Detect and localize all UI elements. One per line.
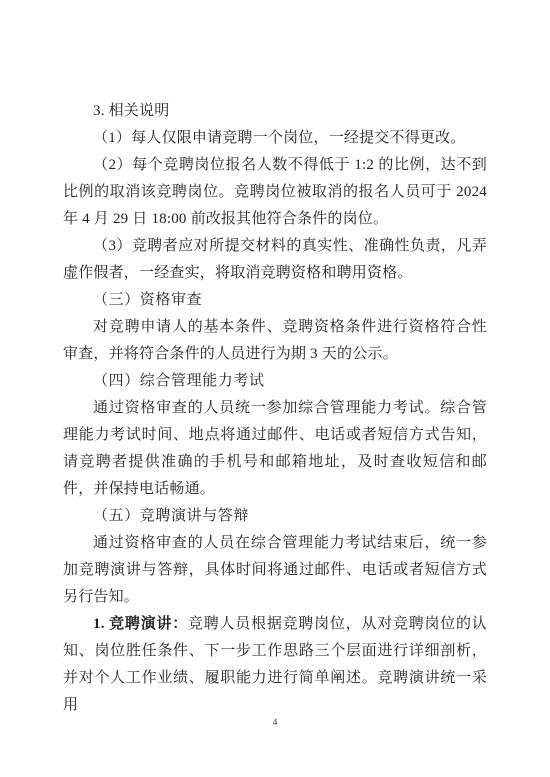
paragraph-lead-label: 1. 竞聘演讲：: [93, 616, 188, 632]
paragraph-item-2: （2）每个竞聘岗位报名人数不得低于 1:2 的比例，达不到比例的取消该竞聘岗位。…: [63, 152, 487, 233]
paragraph-item-3: （3）竞聘者应对所提交材料的真实性、准确性负责，凡弄虚作假者，一经查实，将取消竞…: [63, 233, 487, 287]
page-number: 4: [0, 716, 550, 728]
document-body: 3. 相关说明 （1）每人仅限申请竞聘一个岗位，一经提交不得更改。 （2）每个竞…: [63, 98, 487, 719]
document-page: 3. 相关说明 （1）每人仅限申请竞聘一个岗位，一经提交不得更改。 （2）每个竞…: [0, 0, 550, 777]
paragraph-qualification-review: 对竞聘申请人的基本条件、竞聘资格条件进行资格符合性审查，并将符合条件的人员进行为…: [63, 314, 487, 368]
subsection-heading-management-exam: （四）综合管理能力考试: [63, 368, 487, 395]
paragraph-management-exam: 通过资格审查的人员统一参加综合管理能力考试。综合管理能力考试时间、地点将通过邮件…: [63, 395, 487, 503]
paragraph-speech-detail: 1. 竞聘演讲：竞聘人员根据竞聘岗位，从对竞聘岗位的认知、岗位胜任条件、下一步工…: [63, 611, 487, 719]
paragraph-speech-defense: 通过资格审查的人员在综合管理能力考试结束后，统一参加竞聘演讲与答辩，具体时间将通…: [63, 530, 487, 611]
paragraph-item-1: （1）每人仅限申请竞聘一个岗位，一经提交不得更改。: [63, 125, 487, 152]
subsection-heading-qualification-review: （三）资格审查: [63, 287, 487, 314]
section-heading-related-notes: 3. 相关说明: [63, 98, 487, 125]
subsection-heading-speech-defense: （五）竞聘演讲与答辩: [63, 503, 487, 530]
